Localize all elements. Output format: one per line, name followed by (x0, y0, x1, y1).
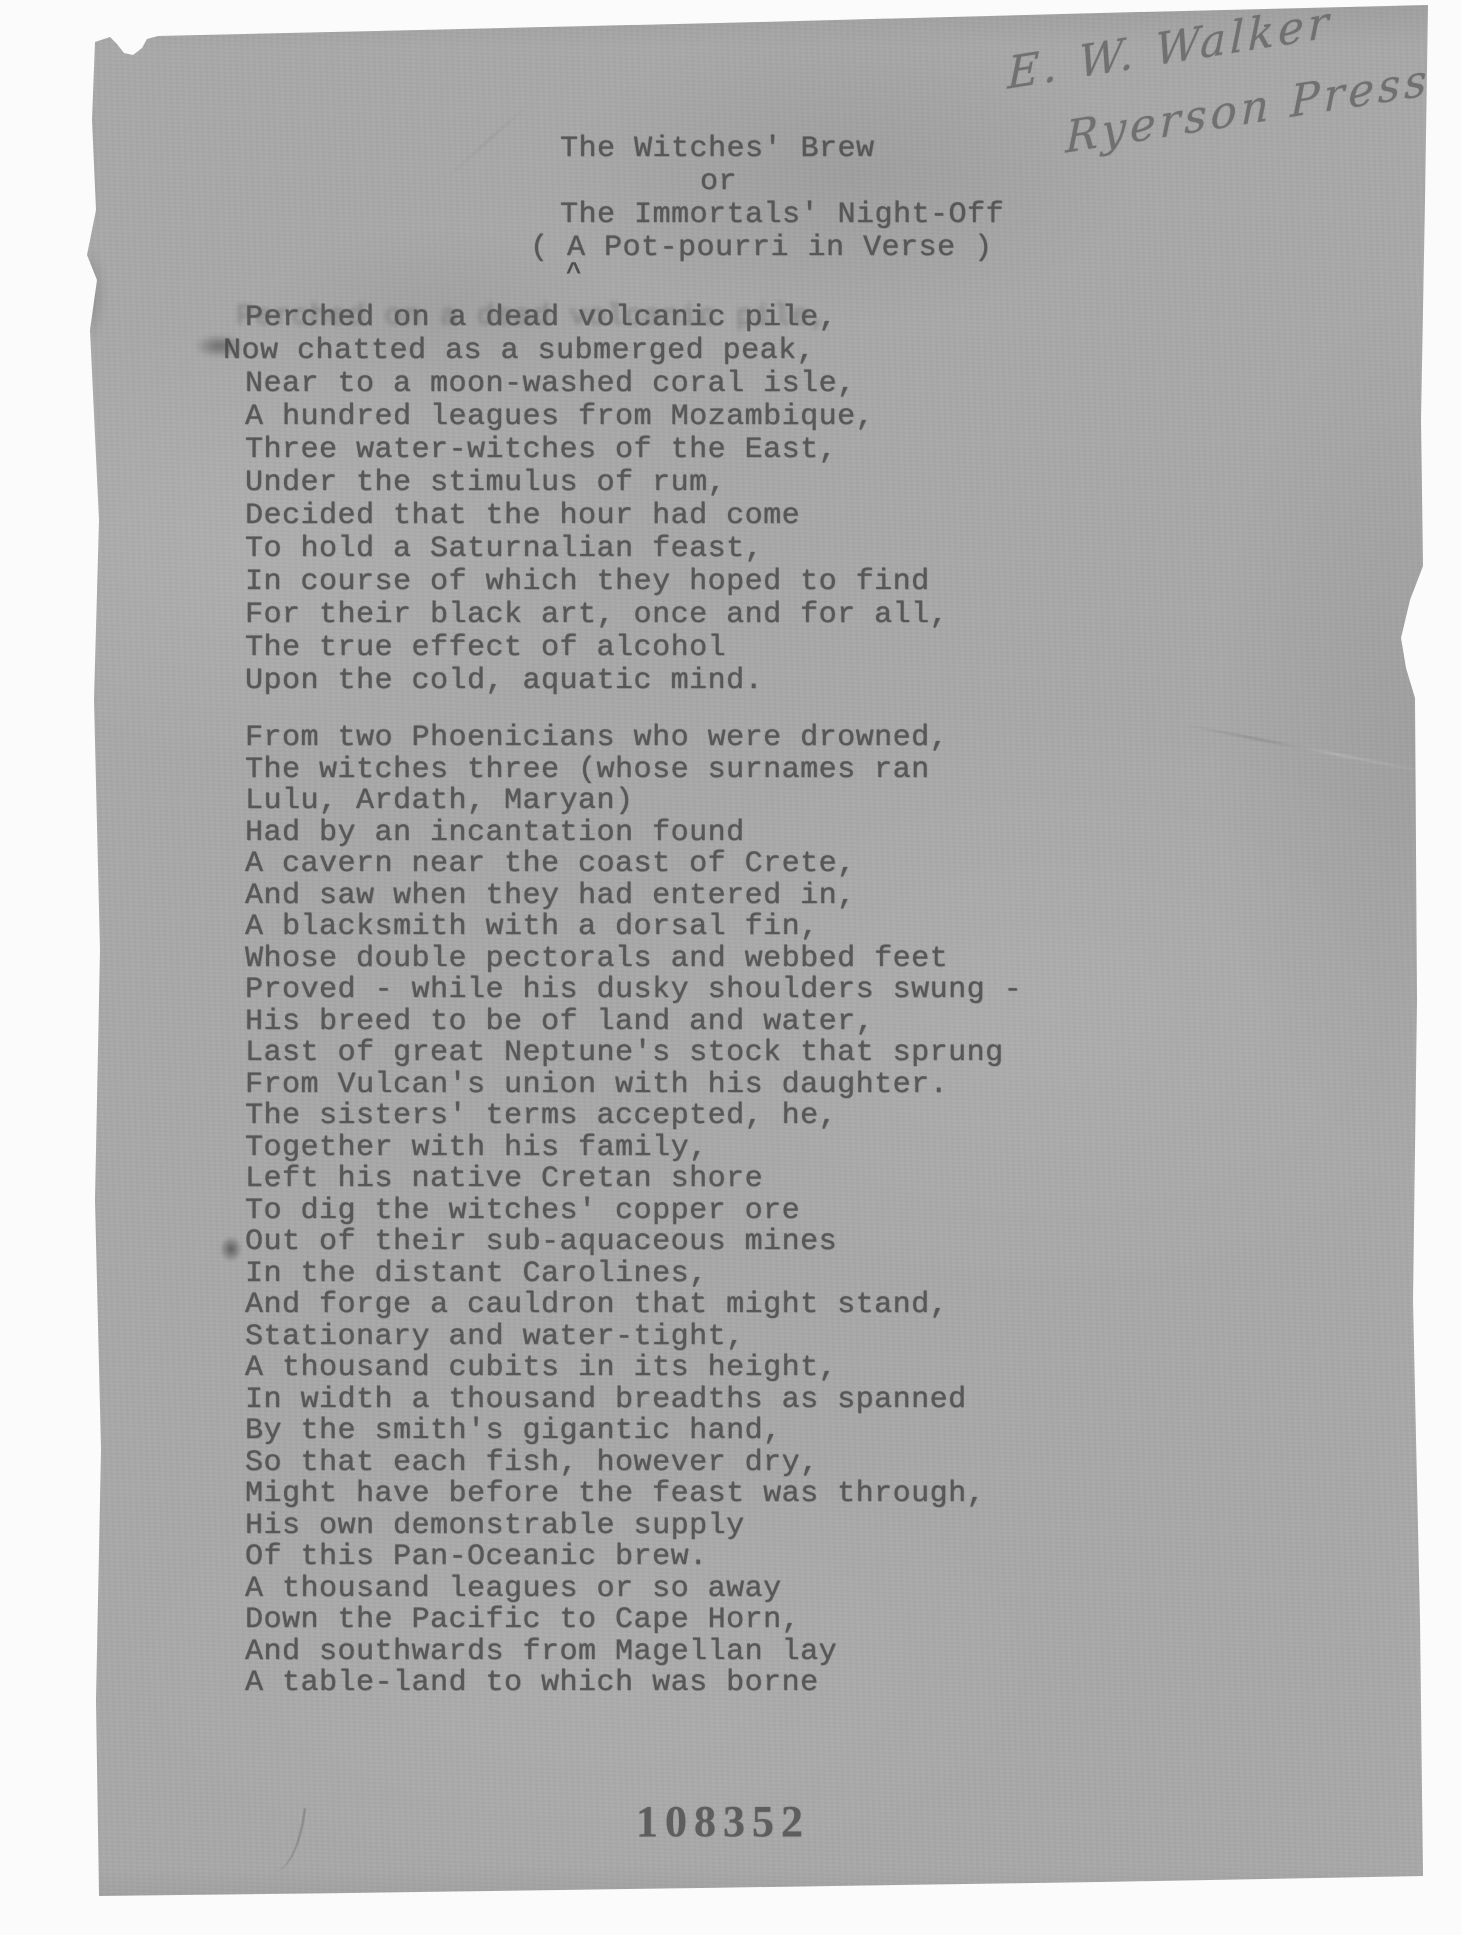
accession-stamp: 108352 (636, 1796, 810, 1847)
stanza-one: Perched on a dead volcanic pile,Now chat… (245, 302, 948, 698)
poem-line: Together with his family, (245, 1133, 1022, 1165)
margin-smudge (220, 1236, 242, 1262)
poem-line: Might have before the feast was through, (245, 1479, 1022, 1511)
poem-line: Upon the cold, aquatic mind. (245, 665, 948, 698)
poem-title-or: or (700, 165, 737, 199)
poem-line: Near to a moon-washed coral isle, (245, 368, 948, 401)
poem-line: To hold a Saturnalian feast, (245, 533, 948, 566)
poem-line: A cavern near the coast of Crete, (245, 849, 1022, 881)
poem-line: A table-land to which was borne (245, 1668, 1022, 1700)
poem-line: In width a thousand breadths as spanned (245, 1385, 1022, 1417)
poem-line: So that each fish, however dry, (245, 1448, 1022, 1480)
poem-line: His breed to be of land and water, (245, 1007, 1022, 1039)
poem-line: Three water-witches of the East, (245, 434, 948, 467)
torn-edge-shadow (88, 248, 106, 340)
poem-line: From Vulcan's union with his daughter. (245, 1070, 1022, 1102)
poem-line: Now chatted as a submerged peak, (223, 335, 948, 368)
poem-line: Lulu, Ardath, Maryan) (245, 786, 1022, 818)
pencil-stray-mark (264, 1804, 306, 1874)
poem-title: The Witches' Brew (560, 132, 875, 166)
paper-crease (1182, 723, 1440, 776)
poem-line: The true effect of alcohol (245, 632, 948, 665)
poem-line: And forge a cauldron that might stand, (245, 1290, 1022, 1322)
poem-line: And southwards from Magellan lay (245, 1637, 1022, 1669)
poem-line: Perched on a dead volcanic pile, (245, 302, 948, 335)
poem-line: The sisters' terms accepted, he, (245, 1101, 1022, 1133)
poem-line: A hundred leagues from Mozambique, (245, 401, 948, 434)
poem-line: The witches three (whose surnames ran (245, 755, 1022, 787)
poem-line: Out of their sub-aquaceous mines (245, 1227, 1022, 1259)
poem-line: A thousand leagues or so away (245, 1574, 1022, 1606)
paper-sheet: E. W. Walker Ryerson Press The Witches' … (0, 0, 1461, 1935)
stanza-two: From two Phoenicians who were drowned,Th… (245, 723, 1022, 1700)
poem-line: His own demonstrable supply (245, 1511, 1022, 1543)
poem-line: Under the stimulus of rum, (245, 467, 948, 500)
poem-subtitle: The Immortals' Night-Off (560, 198, 1004, 232)
poem-line: Down the Pacific to Cape Horn, (245, 1605, 1022, 1637)
poem-line: Stationary and water-tight, (245, 1322, 1022, 1354)
poem-line: Of this Pan-Oceanic brew. (245, 1542, 1022, 1574)
caret-proof-mark: ^ (566, 258, 582, 288)
poem-line: To dig the witches' copper ore (245, 1196, 1022, 1228)
scanned-page: E. W. Walker Ryerson Press The Witches' … (0, 0, 1461, 1935)
poem-line: Left his native Cretan shore (245, 1164, 1022, 1196)
poem-line: From two Phoenicians who were drowned, (245, 723, 1022, 755)
poem-line: Decided that the hour had come (245, 500, 948, 533)
poem-line: Last of great Neptune's stock that sprun… (245, 1038, 1022, 1070)
paper-crease-faint (445, 98, 536, 180)
poem-subtitle-note: ( A Pot-pourri in Verse ) (530, 231, 993, 265)
poem-line: In course of which they hoped to find (245, 566, 948, 599)
ink-smudge (194, 334, 244, 358)
poem-line: Whose double pectorals and webbed feet (245, 944, 1022, 976)
poem-line: And saw when they had entered in, (245, 881, 1022, 913)
poem-line: A blacksmith with a dorsal fin, (245, 912, 1022, 944)
poem-line: Had by an incantation found (245, 818, 1022, 850)
poem-line: A thousand cubits in its height, (245, 1353, 1022, 1385)
poem-line: Proved - while his dusky shoulders swung… (245, 975, 1022, 1007)
poem-line: For their black art, once and for all, (245, 599, 948, 632)
poem-line: By the smith's gigantic hand, (245, 1416, 1022, 1448)
poem-line: In the distant Carolines, (245, 1259, 1022, 1291)
